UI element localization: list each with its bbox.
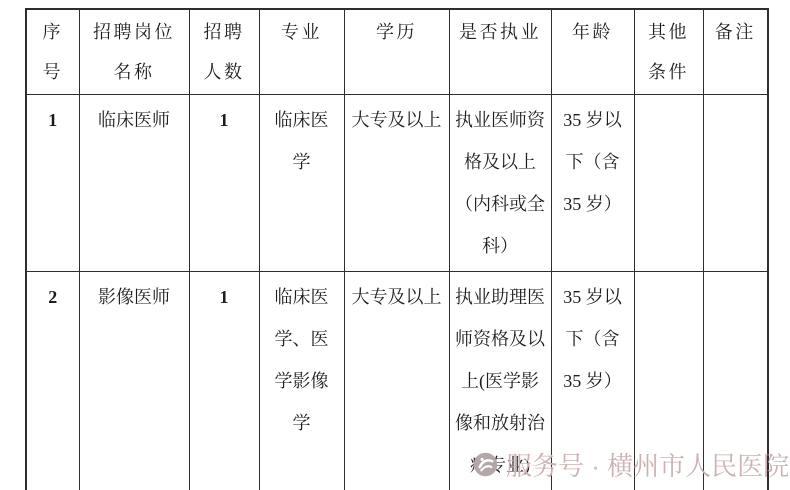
cell-license-required: 执业助理医师资格及以上(医学影像和放射治疗专业) (449, 272, 551, 490)
table-row-2: 2 影像医师 1 临床医学、医学影像学 大专及以上 执业助理医师资格及以上(医学… (26, 272, 768, 490)
cell-education: 大专及以上 (344, 95, 449, 272)
cell-position-name: 影像医师 (79, 272, 189, 490)
header-major: 专业 (259, 9, 344, 95)
recruitment-table: 序号 招聘岗位名称 招聘人数 专业 学历 是否执业 年龄 其他条件 备注 1 临… (25, 8, 769, 490)
cell-major: 临床医学、医学影像学 (259, 272, 344, 490)
page: 序号 招聘岗位名称 招聘人数 专业 学历 是否执业 年龄 其他条件 备注 1 临… (0, 0, 790, 490)
header-license-required: 是否执业 (449, 9, 551, 95)
cell-headcount: 1 (189, 95, 259, 272)
cell-license-required: 执业医师资格及以上（内科或全科） (449, 95, 551, 272)
header-position-name: 招聘岗位名称 (79, 9, 189, 95)
cell-remarks (703, 272, 768, 490)
cell-education: 大专及以上 (344, 272, 449, 490)
header-education: 学历 (344, 9, 449, 95)
cell-position-name: 临床医师 (79, 95, 189, 272)
cell-age: 35 岁以下（含 35 岁） (551, 95, 634, 272)
cell-other-conditions (634, 272, 703, 490)
table-header-row: 序号 招聘岗位名称 招聘人数 专业 学历 是否执业 年龄 其他条件 备注 (26, 9, 768, 95)
header-age: 年龄 (551, 9, 634, 95)
cell-serial-number: 2 (26, 272, 79, 490)
header-serial-number: 序号 (26, 9, 79, 95)
header-remarks: 备注 (703, 9, 768, 95)
header-headcount: 招聘人数 (189, 9, 259, 95)
table-row-1: 1 临床医师 1 临床医学 大专及以上 执业医师资格及以上（内科或全科） 35 … (26, 95, 768, 272)
cell-age: 35 岁以下（含 35 岁） (551, 272, 634, 490)
cell-headcount: 1 (189, 272, 259, 490)
cell-other-conditions (634, 95, 703, 272)
cell-remarks (703, 95, 768, 272)
cell-serial-number: 1 (26, 95, 79, 272)
header-other-conditions: 其他条件 (634, 9, 703, 95)
cell-major: 临床医学 (259, 95, 344, 272)
